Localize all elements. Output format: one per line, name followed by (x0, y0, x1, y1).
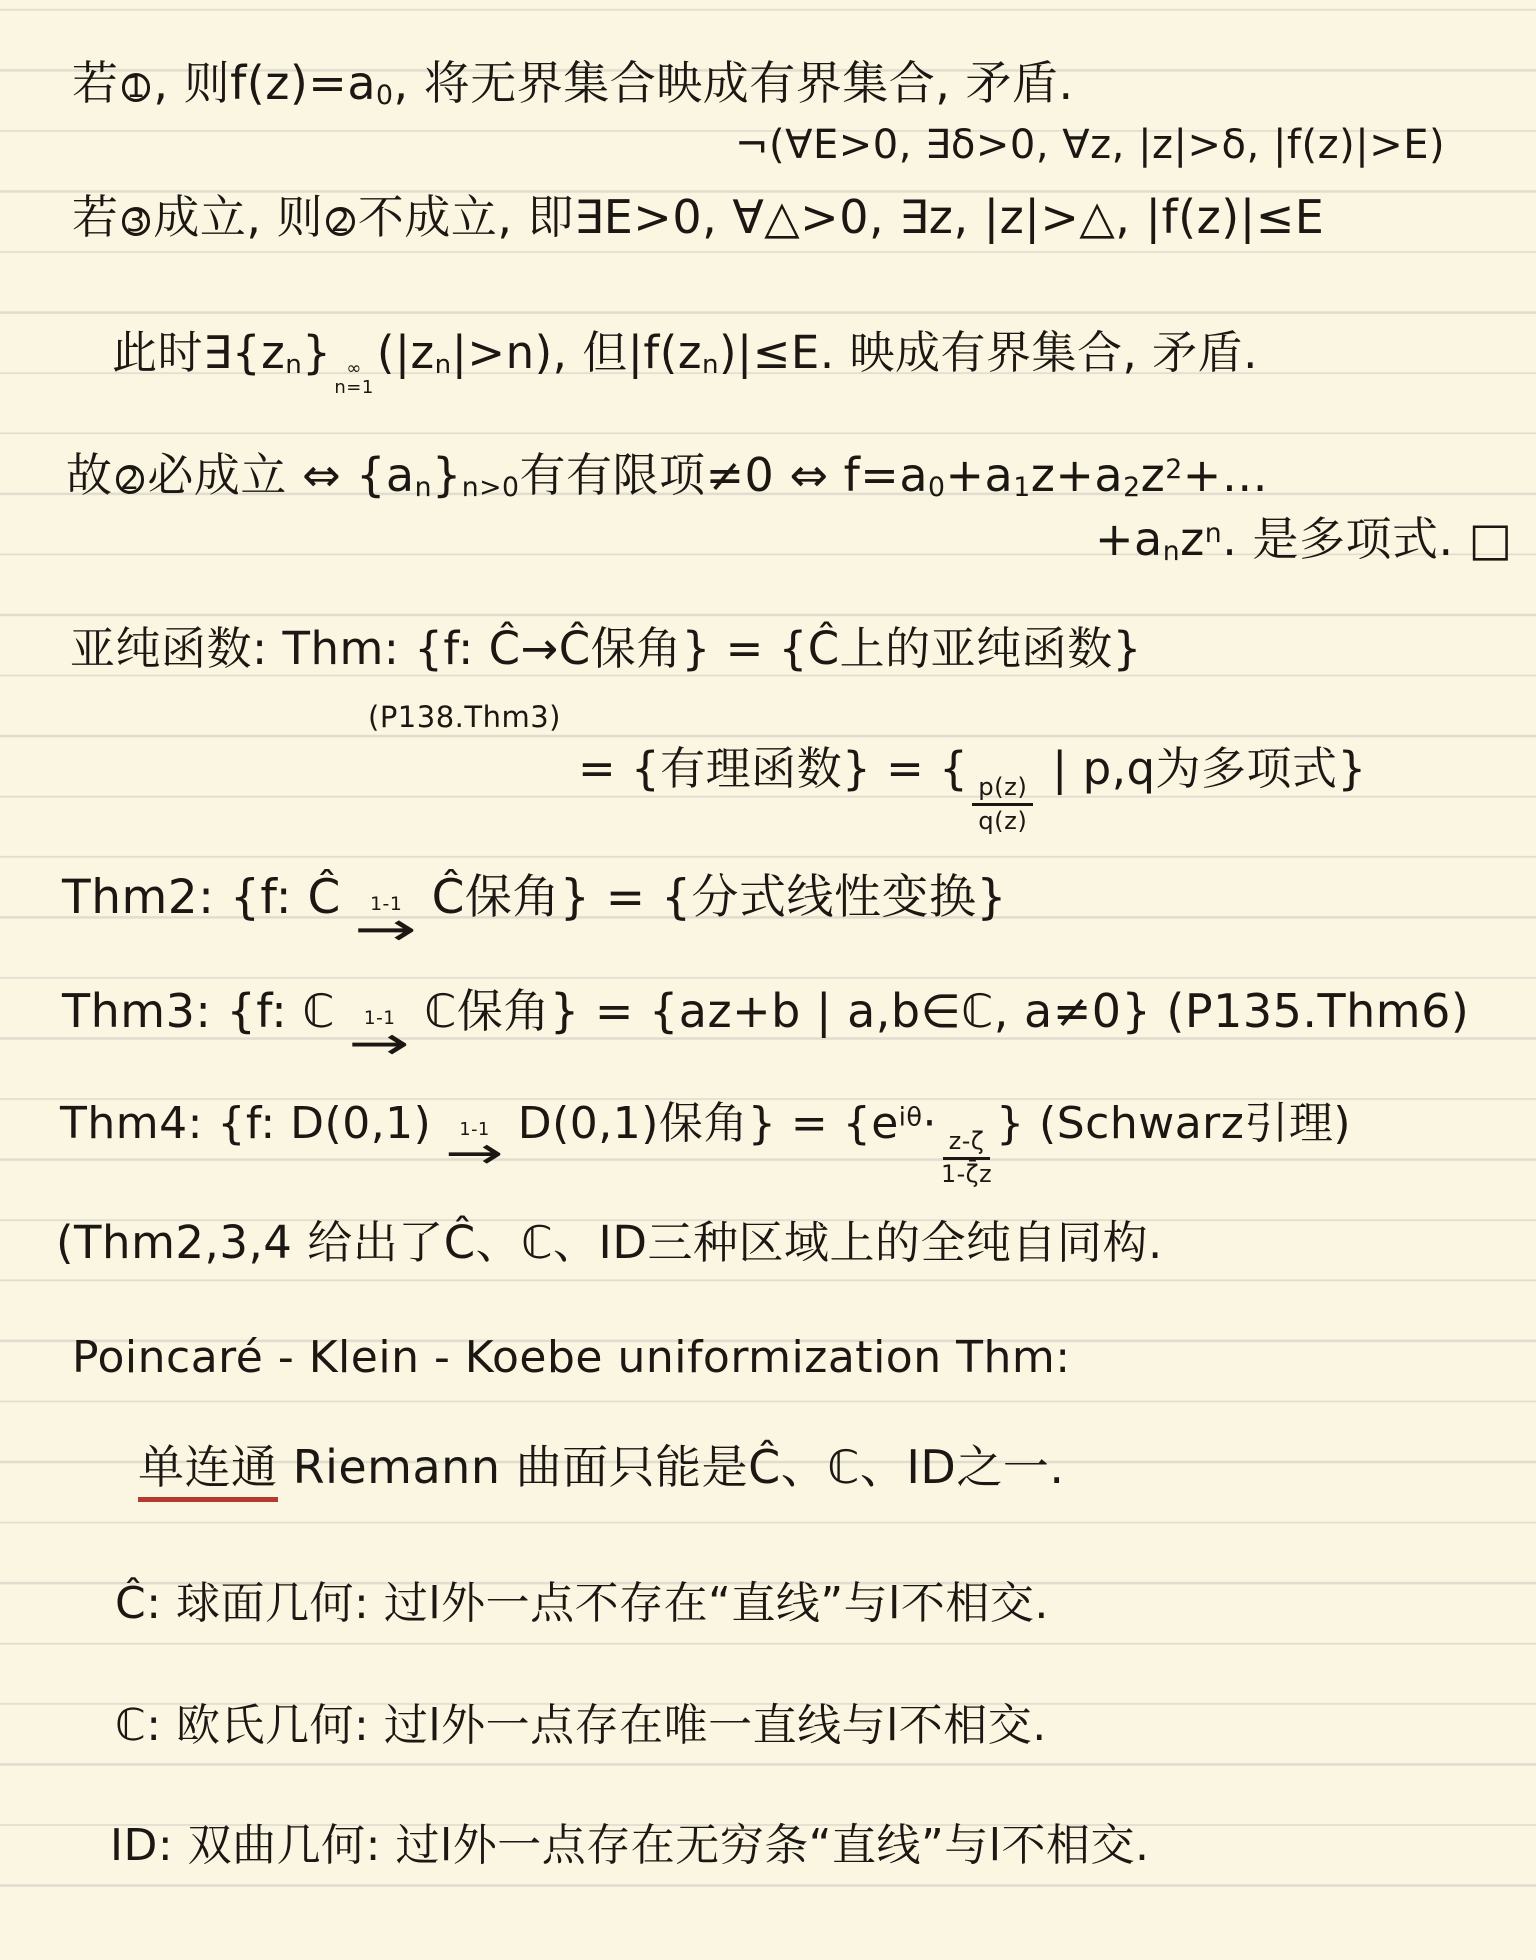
sub-sup-stack: ∞n=1 (334, 360, 373, 398)
note-line-3: 若3成立, 则2不成立, 即∃E>0, ∀△>0, ∃z, |z|>△, |f(… (72, 190, 1324, 244)
fraction: z-ζ1-ζ̄z (941, 1128, 992, 1187)
page-reference-annotation: (P138.Thm3) (368, 700, 561, 734)
handwritten-text: (P138.Thm3) (368, 700, 561, 734)
handwritten-text: z (1180, 512, 1205, 566)
subscript: n>0 (462, 472, 520, 503)
one-to-one-arrow: 1-1→ (360, 1010, 399, 1061)
handwritten-text: 成立, 则 (153, 190, 323, 244)
subscript: 1 (1013, 472, 1030, 503)
superscript: 2 (1165, 454, 1182, 485)
fraction: p(z)q(z) (972, 773, 1033, 833)
handwritten-text: (|z (377, 326, 435, 379)
handwritten-text: |>n), 但|f(z (452, 326, 702, 379)
handwritten-text: · (923, 1098, 938, 1149)
handwritten-text: D(0,1)保角} = {e (503, 1098, 899, 1149)
handwritten-text: ID: 双曲几何: 过l外一点存在无穷条“直线”与l不相交. (110, 1820, 1150, 1871)
handwritten-text: Poincaré - Klein - Koebe uniformization … (72, 1332, 1071, 1383)
handwritten-text: . 是多项式. □ (1222, 512, 1512, 566)
note-line-6: +anzn. 是多项式. □ (1095, 512, 1513, 568)
handwritten-text: , 将无界集合映成有界集合, 矛盾. (394, 56, 1074, 110)
note-line-14: 单连通 Riemann 曲面只能是Ĉ、ℂ、ID之一. (138, 1440, 1064, 1494)
fraction-denominator: q(z) (978, 806, 1027, 834)
subscript: n (415, 472, 432, 503)
handwritten-text: 若 (72, 56, 119, 110)
handwritten-text: ℂ保角} = {az+b | a,b∈ℂ, a≠0} (P135.Thm6) (409, 984, 1469, 1038)
fraction-numerator: p(z) (972, 773, 1033, 805)
handwritten-text: , 则f(z)=a (153, 56, 376, 110)
handwritten-text: 必成立 ⇔ {a (147, 448, 414, 502)
handwritten-text: } (Schwarz引理) (996, 1098, 1351, 1149)
note-line-16-euclidean: ℂ: 欧氏几何: 过l外一点存在唯一直线与l不相交. (115, 1700, 1047, 1752)
handwritten-text: | p,q为多项式} (1037, 742, 1366, 795)
handwritten-text: z+a (1031, 448, 1123, 502)
circled-number-1: 1 (122, 73, 151, 102)
note-line-7: 亚纯函数: Thm: {f: Ĉ→Ĉ保角} = {Ĉ上的亚纯函数} (70, 622, 1142, 675)
subscript: 0 (376, 80, 393, 111)
handwritten-text: = {有理函数} = { (578, 742, 968, 795)
note-line-9-thm2: Thm2: {f: Ĉ 1-1→ Ĉ保角} = {分式线性变换} (62, 870, 1007, 949)
subscript: n (702, 350, 719, 380)
note-line-12: (Thm2,3,4 给出了Ĉ、ℂ、ID三种区域上的全纯自同构. (56, 1216, 1163, 1269)
stack-superscript: ∞ (346, 360, 362, 379)
handwritten-text: +a (1095, 512, 1163, 566)
note-line-11-thm4: Thm4: {f: D(0,1) 1-1→ D(0,1)保角} = {eiθ·z… (60, 1098, 1351, 1187)
note-line-8: = {有理函数} = {p(z)q(z) | p,q为多项式} (578, 742, 1367, 834)
handwritten-text: } (432, 448, 462, 502)
note-line-10-thm3: Thm3: {f: ℂ 1-1→ ℂ保角} = {az+b | a,b∈ℂ, a… (62, 984, 1469, 1061)
handwritten-text: 若 (72, 190, 119, 244)
handwritten-text: 亚纯函数: Thm: {f: Ĉ→Ĉ保角} = {Ĉ上的亚纯函数} (70, 622, 1142, 675)
arrow-icon: → (348, 1025, 410, 1062)
notebook-page: 若1, 则f(z)=a0, 将无界集合映成有界集合, 矛盾.¬(∀E>0, ∃δ… (0, 0, 1536, 1960)
handwritten-text: 故 (66, 448, 113, 502)
handwritten-text: Thm3: {f: ℂ (62, 984, 350, 1038)
stack-subscript: n=1 (334, 379, 373, 398)
handwritten-text: Riemann 曲面只能是Ĉ、ℂ、ID之一. (278, 1440, 1065, 1494)
handwritten-text: ¬(∀E>0, ∃δ>0, ∀z, |z|>δ, |f(z)|>E) (735, 122, 1445, 168)
subscript: n (1163, 536, 1180, 567)
subscript: 2 (1123, 472, 1140, 503)
handwritten-text: z (1141, 448, 1166, 502)
superscript: n (1205, 518, 1222, 549)
circled-number-2: 2 (116, 465, 145, 494)
circled-number-2: 2 (326, 207, 355, 236)
subscript: 0 (928, 472, 945, 503)
one-to-one-arrow: 1-1→ (456, 1122, 493, 1171)
handwritten-text: +a (946, 448, 1014, 502)
note-line-13-uniformization: Poincaré - Klein - Koebe uniformization … (72, 1332, 1071, 1384)
subscript: n (435, 350, 452, 380)
handwritten-text: Ĉ: 球面几何: 过l外一点不存在“直线”与l不相交. (115, 1578, 1049, 1629)
arrow-icon: → (354, 911, 418, 949)
circled-number-3: 3 (122, 207, 151, 236)
handwritten-text: (Thm2,3,4 给出了Ĉ、ℂ、ID三种区域上的全纯自同构. (56, 1216, 1163, 1269)
handwritten-text: 有有限项≠0 ⇔ f=a (520, 448, 929, 502)
note-line-4: 此时∃{zn}∞n=1(|zn|>n), 但|f(zn)|≤E. 映成有界集合,… (112, 326, 1258, 397)
handwritten-text: } (302, 326, 331, 379)
note-line-1: 若1, 则f(z)=a0, 将无界集合映成有界集合, 矛盾. (72, 56, 1074, 112)
note-line-17-hyperbolic: ID: 双曲几何: 过l外一点存在无穷条“直线”与l不相交. (110, 1820, 1150, 1872)
note-line-5: 故2必成立 ⇔ {an}n>0有有限项≠0 ⇔ f=a0+a1z+a2z2+… (66, 448, 1268, 504)
handwritten-text: )|≤E. 映成有界集合, 矛盾. (719, 326, 1258, 379)
superscript: iθ (899, 1102, 923, 1132)
handwritten-text: 不成立, 即∃E>0, ∀△>0, ∃z, |z|>△, |f(z)|≤E (358, 190, 1324, 244)
fraction-denominator: 1-ζ̄z (941, 1160, 992, 1188)
arrow-icon: → (445, 1136, 505, 1171)
handwritten-text: ℂ: 欧氏几何: 过l外一点存在唯一直线与l不相交. (115, 1700, 1047, 1751)
one-to-one-arrow: 1-1→ (366, 896, 406, 948)
handwritten-text: +… (1183, 448, 1269, 502)
fraction-numerator: z-ζ (943, 1128, 990, 1160)
handwritten-text: Thm4: {f: D(0,1) (60, 1098, 446, 1149)
handwritten-text: 此时∃{z (112, 326, 285, 379)
subscript: n (285, 350, 302, 380)
underlined-emphasis: 单连通 (138, 1440, 278, 1502)
note-line-15-spherical: Ĉ: 球面几何: 过l外一点不存在“直线”与l不相交. (115, 1578, 1049, 1630)
handwritten-text: Thm2: {f: Ĉ (62, 870, 356, 925)
note-line-2: ¬(∀E>0, ∃δ>0, ∀z, |z|>δ, |f(z)|>E) (735, 122, 1445, 169)
handwritten-text: Ĉ保角} = {分式线性变换} (416, 870, 1007, 925)
